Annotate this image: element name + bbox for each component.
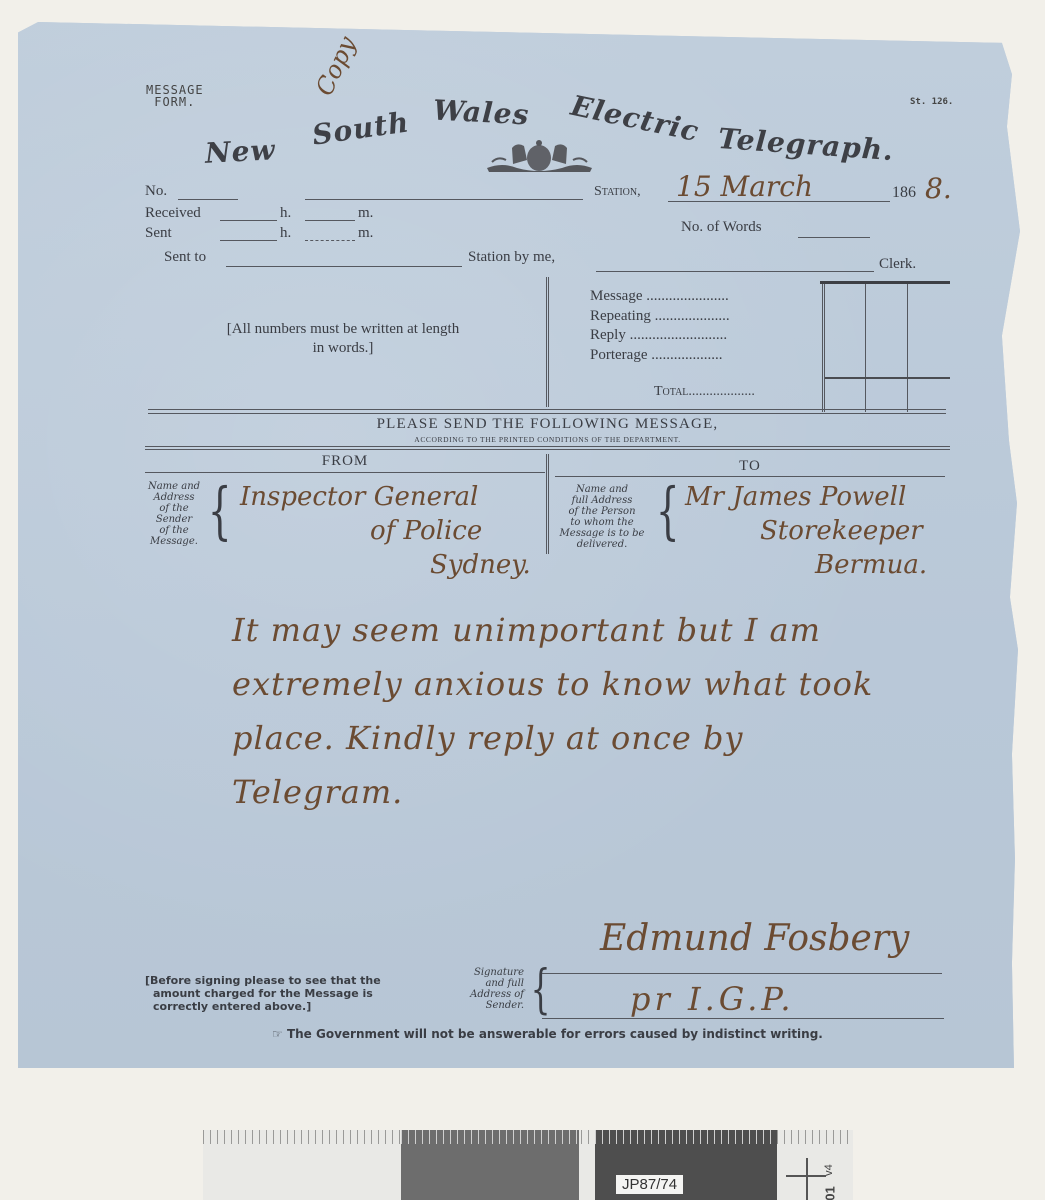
grey-patch bbox=[401, 1130, 579, 1200]
sent-hours-field[interactable] bbox=[220, 240, 277, 241]
to-value: Mr James Powell Storekeeper Bermua. bbox=[685, 480, 927, 582]
received-label: Received bbox=[145, 205, 201, 222]
message-line: Telegram. bbox=[232, 765, 1012, 819]
to-label-line: of the Person bbox=[556, 506, 648, 517]
charge-row-message: Message ...................... bbox=[590, 287, 730, 307]
no-of-words-label: No. of Words bbox=[681, 219, 762, 236]
message-line: place. Kindly reply at once by bbox=[232, 711, 1012, 765]
catalog-label: JP87/74 bbox=[616, 1175, 683, 1194]
year-prefix: 186 bbox=[892, 184, 916, 202]
station-by-me-label: Station by me, bbox=[468, 249, 555, 266]
from-label-line: of the bbox=[146, 503, 202, 514]
sent-to-field[interactable] bbox=[226, 266, 462, 267]
charge-row-reply: Reply .......................... bbox=[590, 326, 730, 346]
from-label-line: Name and bbox=[146, 481, 202, 492]
crosshair-v bbox=[806, 1158, 808, 1200]
from-value-line: Inspector General bbox=[240, 480, 531, 514]
ruler-ticks bbox=[401, 1130, 579, 1144]
signature-label-line: Address of bbox=[462, 989, 524, 1000]
numbers-note-line-1: [All numbers must be written at length bbox=[178, 320, 508, 339]
from-label-line: Address bbox=[146, 492, 202, 503]
station-date-value: 15 March bbox=[676, 170, 813, 203]
note-line: correctly entered above.] bbox=[145, 1000, 381, 1013]
from-value-line: of Police bbox=[240, 514, 531, 548]
signature-name: Edmund Fosbery bbox=[600, 918, 909, 959]
instruction-subtitle: ACCORDING TO THE PRINTED CONDITIONS OF T… bbox=[145, 435, 950, 444]
total-row: Total................... bbox=[654, 384, 755, 400]
to-label-line: delivered. bbox=[556, 539, 648, 550]
to-value-line: Mr James Powell bbox=[685, 480, 927, 514]
before-signing-note: [Before signing please to see that the a… bbox=[145, 974, 381, 1013]
no-of-words-field[interactable] bbox=[798, 237, 870, 238]
clerk-field[interactable] bbox=[596, 271, 874, 272]
charges-grid-col-1[interactable] bbox=[822, 284, 825, 412]
sent-minutes-unit: m. bbox=[358, 225, 373, 242]
from-label-line: of the bbox=[146, 525, 202, 536]
numbers-note: [All numbers must be written at length i… bbox=[178, 320, 508, 358]
message-form-label: MESSAGE FORM. bbox=[146, 84, 204, 108]
form-number: St. 126. bbox=[910, 97, 953, 107]
charges-grid-total-line bbox=[825, 377, 950, 379]
charges-grid-top bbox=[820, 281, 950, 284]
side-number: 01 bbox=[823, 1186, 838, 1200]
message-line: extremely anxious to know what took bbox=[232, 657, 1012, 711]
signature-line-1[interactable] bbox=[542, 973, 942, 974]
section-divider bbox=[546, 277, 549, 407]
to-label: Name and full Address of the Person to w… bbox=[556, 484, 648, 550]
charge-row-porterage: Porterage ................... bbox=[590, 346, 730, 366]
instruction-title: PLEASE SEND THE FOLLOWING MESSAGE, bbox=[145, 416, 950, 433]
charge-row-repeating: Repeating .................... bbox=[590, 307, 730, 327]
year-suffix: 8. bbox=[925, 172, 952, 205]
from-heading: FROM bbox=[145, 453, 545, 470]
charge-label: Message bbox=[590, 288, 643, 304]
sent-label: Sent bbox=[145, 225, 172, 242]
to-rule bbox=[555, 476, 945, 477]
ruler-ticks bbox=[595, 1130, 777, 1144]
disclaimer-text: The Government will not be answerable fo… bbox=[287, 1027, 823, 1041]
from-to-divider bbox=[546, 454, 549, 554]
signature-label-line: Sender. bbox=[462, 1000, 524, 1011]
from-rule bbox=[145, 472, 545, 473]
to-value-line: Bermua. bbox=[685, 548, 927, 582]
from-brace-icon: { bbox=[208, 480, 232, 542]
royal-coat-of-arms-icon bbox=[482, 138, 597, 174]
title-word-new: New bbox=[204, 133, 276, 170]
from-label-line: Sender bbox=[146, 514, 202, 525]
station-label: Station, bbox=[594, 184, 641, 200]
received-hours-field[interactable] bbox=[220, 220, 277, 221]
sent-minutes-field[interactable] bbox=[305, 240, 355, 241]
to-label-line: to whom the bbox=[556, 517, 648, 528]
charge-label: Repeating bbox=[590, 308, 651, 324]
section-rule bbox=[148, 409, 946, 414]
disclaimer: ☞ The Government will not be answerable … bbox=[272, 1027, 823, 1041]
to-brace-icon: { bbox=[656, 480, 680, 542]
received-minutes-field[interactable] bbox=[305, 220, 355, 221]
instruction-rule bbox=[145, 446, 950, 450]
charges-grid-col-3[interactable] bbox=[907, 284, 908, 412]
from-label-line: Message. bbox=[146, 536, 202, 547]
signature-label-line: Signature bbox=[462, 967, 524, 978]
signature-brace-icon: { bbox=[531, 964, 551, 1016]
title-word-wales: Wales bbox=[432, 94, 530, 132]
to-heading: TO bbox=[555, 458, 945, 475]
side-label: v4 bbox=[823, 1164, 835, 1176]
numbers-note-line-2: in words.] bbox=[178, 339, 508, 358]
note-line: [Before signing please to see that the bbox=[145, 974, 381, 987]
to-label-line: Message is to be bbox=[556, 528, 648, 539]
total-label: Total bbox=[654, 384, 688, 399]
charges-grid-col-2[interactable] bbox=[865, 284, 866, 412]
message-line: It may seem unimportant but I am bbox=[232, 603, 1012, 657]
received-hours-unit: h. bbox=[280, 205, 291, 222]
signature-line-2[interactable] bbox=[542, 1018, 944, 1019]
charges-list: Message ...................... Repeating… bbox=[590, 287, 730, 365]
charge-label: Reply bbox=[590, 327, 626, 343]
station-name-field[interactable] bbox=[305, 199, 583, 200]
signature-label-line: and full bbox=[462, 978, 524, 989]
sent-hours-unit: h. bbox=[280, 225, 291, 242]
message-body: It may seem unimportant but I am extreme… bbox=[232, 603, 1012, 819]
note-line: amount charged for the Message is bbox=[145, 987, 381, 1000]
message-form-line-2: FORM. bbox=[146, 96, 204, 108]
no-label: No. bbox=[145, 183, 167, 200]
scale-ruler: JP87/74 v4 01 bbox=[203, 1130, 853, 1200]
from-label: Name and Address of the Sender of the Me… bbox=[146, 481, 202, 547]
to-label-line: Name and bbox=[556, 484, 648, 495]
signature-label: Signature and full Address of Sender. bbox=[462, 967, 524, 1011]
pointing-hand-icon: ☞ bbox=[272, 1027, 283, 1041]
sent-to-label: Sent to bbox=[164, 249, 206, 266]
no-field[interactable] bbox=[178, 199, 238, 200]
signature-per-line: pr I.G.P. bbox=[630, 980, 795, 1018]
from-value-line: Sydney. bbox=[240, 548, 531, 582]
clerk-label: Clerk. bbox=[879, 256, 916, 273]
charge-label: Porterage bbox=[590, 347, 647, 363]
from-value: Inspector General of Police Sydney. bbox=[240, 480, 531, 582]
received-minutes-unit: m. bbox=[358, 205, 373, 222]
to-label-line: full Address bbox=[556, 495, 648, 506]
to-value-line: Storekeeper bbox=[685, 514, 927, 548]
